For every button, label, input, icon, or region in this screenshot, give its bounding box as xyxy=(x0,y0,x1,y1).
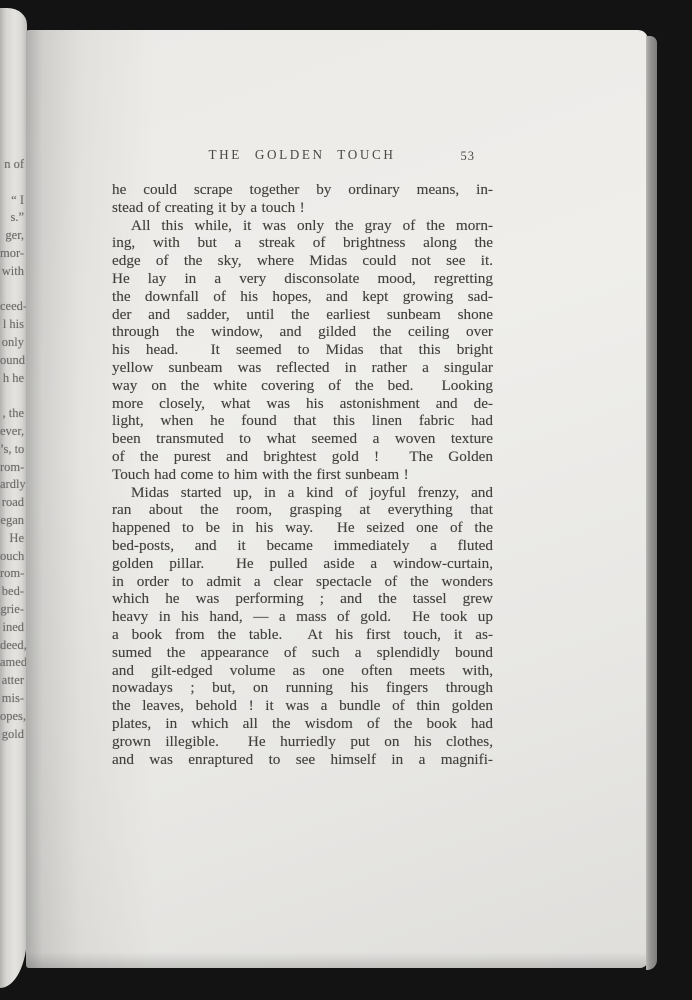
facing-page-text-fragment: gold xyxy=(0,726,24,744)
facing-page-text-fragment: “ I xyxy=(0,192,24,210)
facing-page-text-fragment: atter xyxy=(0,672,24,690)
page-fore-edge xyxy=(646,36,657,970)
facing-page-text-fragment: road xyxy=(0,494,24,512)
facing-page-text-fragment: h he xyxy=(0,370,24,388)
facing-page-text-fragment: l his xyxy=(0,316,24,334)
facing-page-text-fragment xyxy=(0,174,24,192)
text-line: way on the white covering of the bed. Lo… xyxy=(112,377,493,395)
facing-page-text-fragment: deed, xyxy=(0,637,24,655)
text-line: plates, in which all the wisdom of the b… xyxy=(112,715,493,733)
facing-page-text-fragment: rom- xyxy=(0,565,24,583)
text-line: and was enraptured to see himself in a m… xyxy=(112,751,493,769)
text-line: edge of the sky, where Midas could not s… xyxy=(112,252,493,270)
facing-page-text-fragment: He xyxy=(0,530,24,548)
facing-page-text-fragment: ardly xyxy=(0,476,24,494)
facing-page-fragments: n of “ Is.”ger,mor-with ceed-l hisonlyou… xyxy=(0,156,24,743)
text-line: nowadays ; but, on running his fingers t… xyxy=(112,679,493,697)
text-line: happened to be in his way. He seized one… xyxy=(112,519,493,537)
text-line: ing, with but a streak of brightness alo… xyxy=(112,234,493,252)
facing-page-text-fragment: grie- xyxy=(0,601,24,619)
text-line: and gilt-edged volume as one often meets… xyxy=(112,662,493,680)
facing-page-text-fragment: rom- xyxy=(0,459,24,477)
facing-page-edge: n of “ Is.”ger,mor-with ceed-l hisonlyou… xyxy=(0,8,27,988)
text-line: der and sadder, until the earliest sunbe… xyxy=(112,306,493,324)
facing-page-text-fragment xyxy=(0,387,24,405)
text-line: light, when he found that this linen fab… xyxy=(112,412,493,430)
text-line: been transmuted to what seemed a woven t… xyxy=(112,430,493,448)
text-line: bed-posts, and it became immediately a f… xyxy=(112,537,493,555)
facing-page-text-fragment: amed xyxy=(0,654,24,672)
facing-page-text-fragment: s.” xyxy=(0,209,24,227)
book-page: THE GOLDEN TOUCH 53 he could scrape toge… xyxy=(26,30,648,968)
text-line: which he was performing ; and the tassel… xyxy=(112,590,493,608)
facing-page-text-fragment: opes, xyxy=(0,708,24,726)
book-scan: n of “ Is.”ger,mor-with ceed-l hisonlyou… xyxy=(0,0,692,1000)
text-line: stead of creating it by a touch ! xyxy=(112,199,493,217)
text-line: his head. It seemed to Midas that this b… xyxy=(112,341,493,359)
facing-page-text-fragment: ger, xyxy=(0,227,24,245)
facing-page-text-fragment: ined xyxy=(0,619,24,637)
text-line: of the purest and brightest gold ! The G… xyxy=(112,448,493,466)
text-line: a book from the table. At his first touc… xyxy=(112,626,493,644)
text-line: yellow sunbeam was reflected in rather a… xyxy=(112,359,493,377)
facing-page-text-fragment: ever, xyxy=(0,423,24,441)
body-text: he could scrape together by ordinary mea… xyxy=(112,181,493,768)
facing-page-text-fragment: ouch xyxy=(0,548,24,566)
facing-page-text-fragment: n of xyxy=(0,156,24,174)
facing-page-text-fragment xyxy=(0,281,24,299)
page-number: 53 xyxy=(430,149,475,164)
text-line: ran about the room, grasping at everythi… xyxy=(112,501,493,519)
facing-page-text-fragment: ound xyxy=(0,352,24,370)
text-line: He lay in a very disconsolate mood, regr… xyxy=(112,270,493,288)
text-line: Midas started up, in a kind of joyful fr… xyxy=(112,484,493,502)
facing-page-text-fragment: only xyxy=(0,334,24,352)
text-line: Touch had come to him with the first sun… xyxy=(112,466,493,484)
facing-page-text-fragment: egan xyxy=(0,512,24,530)
bottom-edge-shadow xyxy=(26,952,648,968)
text-line: more closely, what was his astonishment … xyxy=(112,395,493,413)
text-line: heavy in his hand, — a mass of gold. He … xyxy=(112,608,493,626)
text-line: the downfall of his hopes, and kept grow… xyxy=(112,288,493,306)
text-line: All this while, it was only the gray of … xyxy=(112,217,493,235)
text-line: grown illegible. He hurriedly put on his… xyxy=(112,733,493,751)
text-line: through the window, and gilded the ceili… xyxy=(112,323,493,341)
text-line: sumed the appearance of such a splendidl… xyxy=(112,644,493,662)
text-line: the leaves, behold ! it was a bundle of … xyxy=(112,697,493,715)
facing-page-text-fragment: ’s, to xyxy=(0,441,24,459)
facing-page-text-fragment: , the xyxy=(0,405,24,423)
facing-page-text-fragment: bed- xyxy=(0,583,24,601)
facing-page-text-fragment: ceed- xyxy=(0,298,24,316)
text-line: he could scrape together by ordinary mea… xyxy=(112,181,493,199)
facing-page-text-fragment: mis- xyxy=(0,690,24,708)
facing-page-text-fragment: mor- xyxy=(0,245,24,263)
text-line: in order to admit a clear spectacle of t… xyxy=(112,573,493,591)
text-line: golden pillar. He pulled aside a window-… xyxy=(112,555,493,573)
facing-page-text-fragment: with xyxy=(0,263,24,281)
